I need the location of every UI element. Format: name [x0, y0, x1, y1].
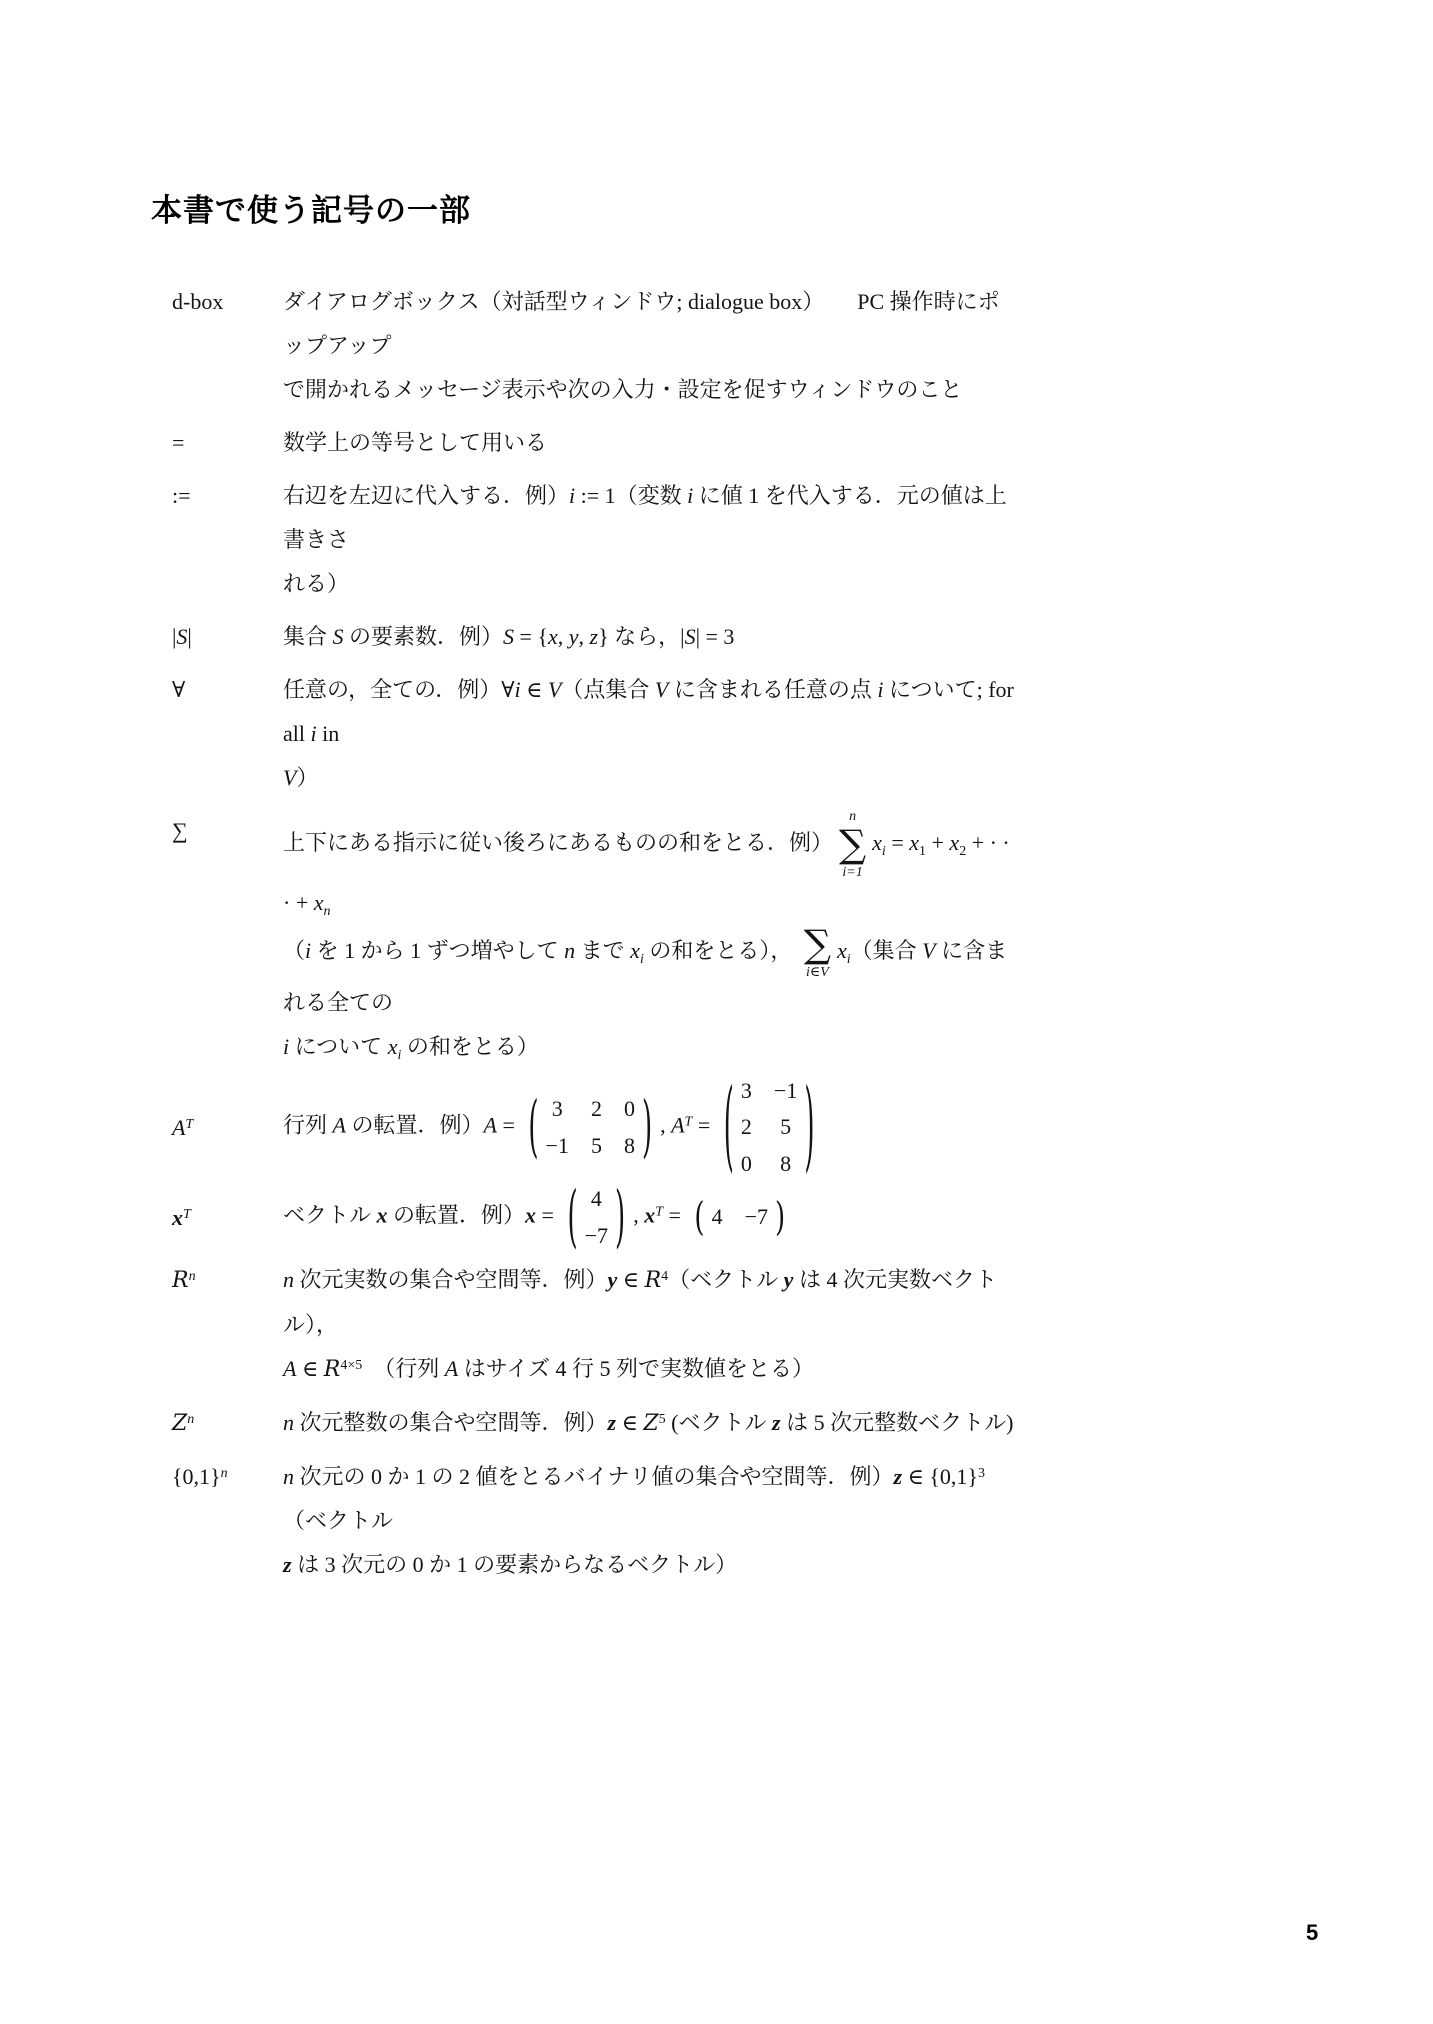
summation-symbol: ∑i∈V	[804, 925, 831, 981]
matrix-cell: −7	[585, 1223, 608, 1249]
math-vector-variable: y	[784, 1267, 794, 1292]
matrix-cell: 0	[741, 1151, 752, 1177]
text-segment: について	[289, 1034, 388, 1059]
superscript: n	[187, 1412, 194, 1427]
text-segment: = {	[514, 624, 548, 649]
math-script-letter: R	[172, 1268, 189, 1293]
text-segment: ,	[579, 624, 590, 649]
text-segment: は 3 次元の 0 か 1 の要素からなるベクトル）	[292, 1552, 738, 1577]
sigma-icon: ∑	[839, 825, 866, 865]
matrix-cell: 3	[546, 1096, 569, 1122]
notation-row: {0,1}nn 次元の 0 か 1 の 2 値をとるバイナリ値の集合や空間等．例…	[172, 1455, 1018, 1587]
text-segment: ダイアログボックス（対話型ウィンドウ; dialogue box） PC 操作時…	[283, 289, 1000, 358]
math-variable: S	[176, 624, 187, 649]
matrix-cell: −7	[745, 1204, 768, 1230]
text-segment: （行列	[362, 1356, 445, 1381]
matrix-cell: 5	[774, 1114, 797, 1140]
text-segment: （集合	[851, 938, 923, 963]
math-variable: x	[872, 830, 882, 855]
symbol-cell: :=	[172, 474, 283, 518]
description-cell: n 次元実数の集合や空間等．例）y ∈ R4（ベクトル y は 4 次元実数ベク…	[283, 1258, 1018, 1392]
text-segment: | = 3	[696, 624, 735, 649]
description-cell: n 次元の 0 か 1 の 2 値をとるバイナリ値の集合や空間等．例）z ∈ {…	[283, 1455, 1018, 1587]
text-segment: ∈	[521, 677, 548, 702]
math-variable: A	[483, 1113, 496, 1138]
matrix-cell: 2	[741, 1114, 752, 1140]
math-vector-variable: x	[377, 1203, 388, 1228]
description-line: で開かれるメッセージ表示や次の入力・設定を促すウィンドウのこと	[283, 368, 1018, 412]
symbol-cell: Rn	[172, 1258, 283, 1303]
matrix-cell: 8	[624, 1133, 635, 1159]
superscript: n	[221, 1466, 228, 1481]
right-paren-icon: )	[642, 1094, 652, 1162]
text-segment: （点集合	[561, 677, 655, 702]
description-cell: n 次元整数の集合や空間等．例）z ∈ Z5 (ベクトル z は 5 次元整数ベ…	[283, 1401, 1018, 1446]
text-segment: の和をとる）	[401, 1034, 539, 1059]
symbol-cell: |S|	[172, 615, 283, 659]
matrix-cell: −1	[546, 1133, 569, 1159]
text-segment: ,	[660, 1113, 671, 1138]
text-segment: ∑	[172, 818, 188, 843]
document-page: 本書で使う記号の一部 d-boxダイアログボックス（対話型ウィンドウ; dial…	[0, 0, 1433, 2024]
matrix-cells: 4−7	[712, 1204, 768, 1230]
description-line: ダイアログボックス（対話型ウィンドウ; dialogue box） PC 操作時…	[283, 280, 1018, 368]
math-variable: x	[388, 1034, 398, 1059]
text-segment: 数学上の等号として用いる	[283, 430, 547, 455]
superscript: T	[183, 1207, 191, 1222]
math-variable: n	[283, 1410, 294, 1435]
math-variable: x	[630, 938, 640, 963]
matrix-cells: 320−158	[546, 1096, 635, 1159]
text-segment: =	[692, 1113, 715, 1138]
superscript: n	[189, 1269, 196, 1284]
text-segment: の要素数．例）	[344, 624, 504, 649]
math-variable: n	[283, 1464, 294, 1489]
summation-lower-limit: i∈V	[806, 965, 829, 981]
math-vector-variable: z	[894, 1464, 903, 1489]
symbol-cell: {0,1}n	[172, 1455, 283, 1499]
description-cell: 上下にある指示に従い後ろにあるものの和をとる．例）n∑i=1xi = x1 + …	[283, 809, 1018, 1069]
description-line: n 次元実数の集合や空間等．例）y ∈ R4（ベクトル y は 4 次元実数ベク…	[283, 1258, 1018, 1347]
notation-row: |S|集合 S の要素数．例）S = {x, y, z} なら，|S| = 3	[172, 615, 1018, 659]
left-paren-icon: (	[528, 1094, 538, 1162]
symbol-cell: ∑	[172, 809, 283, 853]
text-segment: =	[172, 430, 184, 455]
math-vector-variable: x	[525, 1203, 536, 1228]
math-variable: S	[503, 624, 514, 649]
math-variable: x	[837, 938, 847, 963]
text-segment: =	[497, 1113, 520, 1138]
text-segment: ∈	[616, 1410, 643, 1435]
math-variable: z	[590, 624, 599, 649]
text-segment: ∈	[617, 1267, 644, 1292]
text-segment: ベクトル	[283, 1203, 377, 1228]
matrix-cell: −1	[774, 1078, 797, 1104]
math-variable: A	[172, 1115, 185, 1140]
symbol-cell: AT	[172, 1106, 283, 1150]
matrix-cell: 0	[624, 1096, 635, 1122]
summation-symbol: n∑i=1	[839, 809, 866, 881]
matrix: (320−158)	[528, 1096, 652, 1159]
math-variable: A	[445, 1356, 458, 1381]
description-line: 数学上の等号として用いる	[283, 421, 1018, 465]
description-line: n 次元整数の集合や空間等．例）z ∈ Z5 (ベクトル z は 5 次元整数ベ…	[283, 1401, 1018, 1446]
matrix-cell: 5	[591, 1133, 602, 1159]
superscript: 5	[659, 1412, 666, 1427]
text-segment: ,	[633, 1203, 644, 1228]
text-segment: 次元実数の集合や空間等．例）	[294, 1267, 608, 1292]
text-segment: （	[283, 938, 305, 963]
matrix: (3−12508)	[724, 1078, 815, 1177]
text-segment: で開かれるメッセージ表示や次の入力・設定を促すウィンドウのこと	[283, 377, 962, 402]
math-script-letter: Z	[643, 1411, 658, 1436]
text-segment: :=	[172, 483, 191, 508]
math-variable: x	[548, 624, 558, 649]
text-segment: 行列	[283, 1113, 333, 1138]
description-cell: ベクトル x の転置．例）x = (4−7), xT = (4−7)	[283, 1186, 1018, 1249]
text-segment: はサイズ 4 行 5 列で実数値をとる）	[458, 1356, 814, 1381]
math-variable: S	[333, 624, 344, 649]
symbol-cell: =	[172, 421, 283, 465]
text-segment: (ベクトル	[666, 1410, 772, 1435]
text-segment: ∀	[172, 677, 185, 702]
text-segment: ,	[558, 624, 569, 649]
text-segment: } なら，|	[598, 624, 684, 649]
sigma-icon: ∑	[804, 925, 831, 965]
right-paren-icon: )	[804, 1078, 814, 1177]
description-line: （i を 1 から 1 ずつ増やして n まで xi の和をとる）， ∑i∈Vx…	[283, 925, 1018, 1025]
text-segment: 集合	[283, 624, 333, 649]
description-line: A ∈ R4×5 （行列 A はサイズ 4 行 5 列で実数値をとる）	[283, 1347, 1018, 1392]
subscript: 1	[919, 844, 926, 859]
text-segment: := 1（変数	[575, 483, 687, 508]
superscript: 4×5	[340, 1358, 362, 1373]
symbol-cell: Zn	[172, 1401, 283, 1446]
description-cell: 右辺を左辺に代入する．例）i := 1（変数 i に値 1 を代入する．元の値は…	[283, 474, 1018, 606]
text-segment: の転置．例）	[388, 1203, 526, 1228]
matrix-cell: 8	[774, 1151, 797, 1177]
text-segment: ∈ {0,1}	[902, 1464, 978, 1489]
text-segment: まで	[575, 938, 630, 963]
math-script-letter: R	[324, 1357, 341, 1382]
math-variable: n	[564, 938, 575, 963]
math-variable: A	[333, 1113, 346, 1138]
math-variable: V	[922, 938, 935, 963]
matrix: (4−7)	[567, 1186, 625, 1249]
math-variable: A	[671, 1113, 684, 1138]
text-segment: （ベクトル	[283, 1508, 393, 1533]
notation-row: ∀任意の，全ての．例）∀i ∈ V（点集合 V に含まれる任意の点 i について…	[172, 668, 1018, 800]
math-script-letter: R	[645, 1268, 662, 1293]
text-segment: 任意の，全ての．例）∀	[283, 677, 515, 702]
matrix-cell: 2	[591, 1096, 602, 1122]
math-vector-variable: y	[608, 1267, 618, 1292]
math-variable: x	[949, 830, 959, 855]
text-segment: 次元整数の集合や空間等．例）	[294, 1410, 608, 1435]
description-line: 行列 A の転置．例）A = (320−158), AT = (3−12508)	[283, 1078, 1018, 1177]
description-line: ベクトル x の転置．例）x = (4−7), xT = (4−7)	[283, 1186, 1018, 1249]
text-segment: （ベクトル	[668, 1267, 784, 1292]
math-vector-variable: x	[172, 1205, 183, 1230]
notation-row: AT行列 A の転置．例）A = (320−158), AT = (3−1250…	[172, 1078, 1018, 1177]
math-script-letter: Z	[172, 1411, 187, 1436]
notation-row: :=右辺を左辺に代入する．例）i := 1（変数 i に値 1 を代入する．元の…	[172, 474, 1018, 606]
text-segment: |	[187, 624, 191, 649]
text-segment: 右辺を左辺に代入する．例）	[283, 483, 569, 508]
left-paren-icon: (	[567, 1184, 577, 1252]
symbol-cell: ∀	[172, 668, 283, 712]
text-segment: +	[926, 830, 949, 855]
description-line: れる）	[283, 562, 1018, 606]
left-paren-icon: (	[694, 1198, 704, 1237]
matrix-cell: 4	[712, 1204, 723, 1230]
math-variable: y	[569, 624, 579, 649]
symbol-cell: d-box	[172, 280, 283, 324]
superscript: T	[655, 1205, 663, 1220]
math-variable: S	[685, 624, 696, 649]
text-segment: ∈	[296, 1356, 323, 1381]
text-segment: =	[663, 1203, 686, 1228]
math-vector-variable: x	[644, 1203, 655, 1228]
page-title: 本書で使う記号の一部	[151, 185, 471, 230]
math-variable: A	[283, 1356, 296, 1381]
text-segment: in	[317, 721, 340, 746]
text-segment: 上下にある指示に従い後ろにあるものの和をとる．例）	[283, 830, 833, 855]
math-vector-variable: z	[772, 1410, 781, 1435]
description-cell: 集合 S の要素数．例）S = {x, y, z} なら，|S| = 3	[283, 615, 1018, 659]
text-segment: ）	[296, 765, 318, 790]
superscript: T	[185, 1117, 193, 1132]
text-segment: 次元の 0 か 1 の 2 値をとるバイナリ値の集合や空間等．例）	[294, 1464, 894, 1489]
notation-row: d-boxダイアログボックス（対話型ウィンドウ; dialogue box） P…	[172, 280, 1018, 412]
description-line: 右辺を左辺に代入する．例）i := 1（変数 i に値 1 を代入する．元の値は…	[283, 474, 1018, 562]
notation-row: =数学上の等号として用いる	[172, 421, 1018, 465]
description-cell: 任意の，全ての．例）∀i ∈ V（点集合 V に含まれる任意の点 i について;…	[283, 668, 1018, 800]
notation-row: Znn 次元整数の集合や空間等．例）z ∈ Z5 (ベクトル z は 5 次元整…	[172, 1401, 1018, 1446]
text-segment: =	[886, 830, 909, 855]
matrix: (4−7)	[694, 1204, 785, 1230]
math-vector-variable: z	[608, 1410, 617, 1435]
math-variable: n	[283, 1267, 294, 1292]
notation-row: xTベクトル x の転置．例）x = (4−7), xT = (4−7)	[172, 1186, 1018, 1249]
math-variable: V	[655, 677, 668, 702]
text-segment: れる）	[283, 571, 349, 596]
notation-list: d-boxダイアログボックス（対話型ウィンドウ; dialogue box） P…	[172, 280, 1018, 1596]
text-segment: =	[536, 1203, 559, 1228]
right-paren-icon: )	[775, 1198, 785, 1237]
description-cell: 行列 A の転置．例）A = (320−158), AT = (3−12508)	[283, 1078, 1018, 1177]
notation-row: ∑上下にある指示に従い後ろにあるものの和をとる．例）n∑i=1xi = x1 +…	[172, 809, 1018, 1069]
description-line: n 次元の 0 か 1 の 2 値をとるバイナリ値の集合や空間等．例）z ∈ {…	[283, 1455, 1018, 1543]
superscript: 3	[978, 1466, 985, 1481]
text-segment: の和をとる），	[644, 938, 798, 963]
right-paren-icon: )	[615, 1184, 625, 1252]
subscript: n	[324, 904, 331, 919]
text-segment: に含まれる任意の点	[668, 677, 877, 702]
symbol-cell: xT	[172, 1196, 283, 1240]
description-line: i について xi の和をとる）	[283, 1025, 1018, 1069]
text-segment: の転置．例）	[346, 1113, 484, 1138]
math-variable: x	[314, 890, 324, 915]
summation-lower-limit: i=1	[842, 865, 862, 881]
text-segment: d-box	[172, 289, 223, 314]
notation-row: Rnn 次元実数の集合や空間等．例）y ∈ R4（ベクトル y は 4 次元実数…	[172, 1258, 1018, 1392]
description-line: 任意の，全ての．例）∀i ∈ V（点集合 V に含まれる任意の点 i について;…	[283, 668, 1018, 756]
description-line: 集合 S の要素数．例）S = {x, y, z} なら，|S| = 3	[283, 615, 1018, 659]
description-line: 上下にある指示に従い後ろにあるものの和をとる．例）n∑i=1xi = x1 + …	[283, 809, 1018, 925]
matrix-cells: 4−7	[585, 1186, 608, 1249]
matrix-cell: 3	[741, 1078, 752, 1104]
matrix-cell: 4	[585, 1186, 608, 1212]
page-number: 5	[1306, 1920, 1318, 1946]
math-vector-variable: z	[283, 1552, 292, 1577]
text-segment: は 5 次元整数ベクトル)	[781, 1410, 1014, 1435]
description-line: V）	[283, 756, 1018, 800]
math-variable: x	[909, 830, 919, 855]
text-segment: {0,1}	[172, 1464, 221, 1489]
text-segment: を 1 から 1 ずつ増やして	[311, 938, 564, 963]
math-variable: V	[283, 765, 296, 790]
description-line: z は 3 次元の 0 か 1 の要素からなるベクトル）	[283, 1543, 1018, 1587]
left-paren-icon: (	[724, 1078, 734, 1177]
matrix-cells: 3−12508	[741, 1078, 797, 1177]
math-variable: V	[548, 677, 561, 702]
description-cell: ダイアログボックス（対話型ウィンドウ; dialogue box） PC 操作時…	[283, 280, 1018, 412]
description-cell: 数学上の等号として用いる	[283, 421, 1018, 465]
